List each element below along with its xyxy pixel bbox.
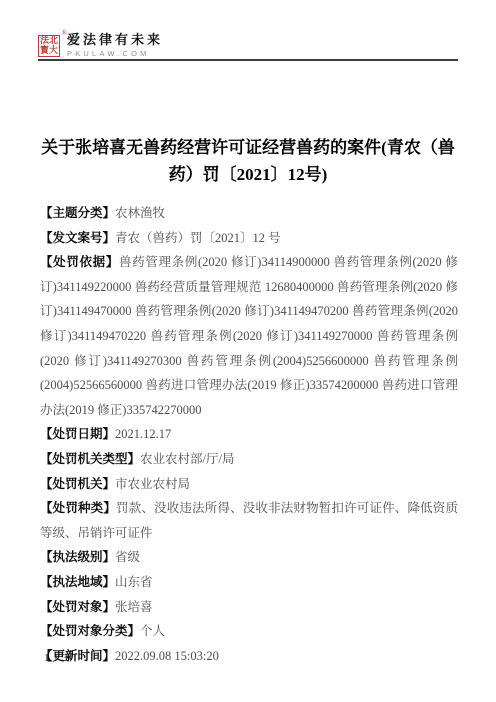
field-label: 【处罚机关】 <box>40 477 115 491</box>
field-label: 【执法地域】 <box>40 575 115 589</box>
field-value: 农业农村部/厅/局 <box>140 452 234 466</box>
seal-row-bottom: 寳大 <box>39 46 59 55</box>
field-label: 【处罚依据】 <box>40 255 119 269</box>
field-row: 【执法地域】山东省 <box>40 570 458 595</box>
brand-domain: PKULAW.COM <box>67 49 163 58</box>
field-row: 【处罚对象分类】个人 <box>40 619 458 644</box>
document-title: 关于张培喜无兽药经营许可证经营兽药的案件(青农（兽药）罚〔2021〕12号) <box>36 134 460 188</box>
field-row: 【处罚机关类型】农业农村部/厅/局 <box>40 447 458 472</box>
field-row: 【处罚种类】罚款、没收违法所得、没收非法财物暂扣许可证件、降低资质等级、吊销许可… <box>40 496 458 545</box>
field-value: 张培喜 <box>115 600 153 614</box>
field-row: 【处罚日期】2021.12.17 <box>40 422 458 447</box>
pkulaw-seal-logo: 法北 寳大 ® <box>38 35 60 57</box>
field-value: 山东省 <box>115 575 153 589</box>
seal-row-top: 法北 <box>39 36 59 45</box>
field-label: 【处罚日期】 <box>40 427 115 441</box>
brand-tagline: 爱法律有未来 <box>67 33 163 47</box>
field-label: 【处罚对象分类】 <box>40 624 140 638</box>
field-row: 【处罚对象】张培喜 <box>40 595 458 620</box>
field-value: 农林渔牧 <box>115 206 165 220</box>
page-indicator: 1 / 3 <box>44 652 69 664</box>
field-label: 【处罚种类】 <box>40 501 116 515</box>
field-row: 【发文案号】青农（兽药）罚〔2021〕12 号 <box>40 226 458 251</box>
field-label: 【执法级别】 <box>40 550 115 564</box>
field-row: 【执法级别】省级 <box>40 545 458 570</box>
field-value: 市农业农村局 <box>115 477 190 491</box>
header-divider <box>38 59 458 61</box>
field-value: 兽药管理条例(2020 修订)34114900000 兽药管理条例(2020 修… <box>40 255 458 417</box>
field-row: 【处罚依据】兽药管理条例(2020 修订)34114900000 兽药管理条例(… <box>40 250 458 422</box>
registered-trademark-icon: ® <box>62 29 67 37</box>
field-label: 【发文案号】 <box>40 231 115 245</box>
field-label: 【处罚机关类型】 <box>40 452 140 466</box>
field-value: 2022.09.08 15:03:20 <box>115 649 219 663</box>
brand-header: 法北 寳大 ® 爱法律有未来 PKULAW.COM <box>38 33 458 58</box>
field-row: 【主题分类】农林渔牧 <box>40 201 458 226</box>
seal-icon: 法北 寳大 <box>38 35 60 57</box>
field-label: 【主题分类】 <box>40 206 115 220</box>
field-value: 青农（兽药）罚〔2021〕12 号 <box>115 231 281 245</box>
field-list: 【主题分类】农林渔牧 【发文案号】青农（兽药）罚〔2021〕12 号 【处罚依据… <box>40 201 458 668</box>
brand-text: 爱法律有未来 PKULAW.COM <box>67 33 163 58</box>
field-value: 个人 <box>140 624 165 638</box>
field-value: 2021.12.17 <box>115 427 171 441</box>
field-row: 【处罚机关】市农业农村局 <box>40 472 458 497</box>
field-value: 省级 <box>115 550 140 564</box>
field-row: 【更新时间】2022.09.08 15:03:20 <box>40 644 458 669</box>
field-label: 【处罚对象】 <box>40 600 115 614</box>
document-page: 法北 寳大 ® 爱法律有未来 PKULAW.COM 关于张培喜无兽药经营许可证经… <box>0 0 496 702</box>
